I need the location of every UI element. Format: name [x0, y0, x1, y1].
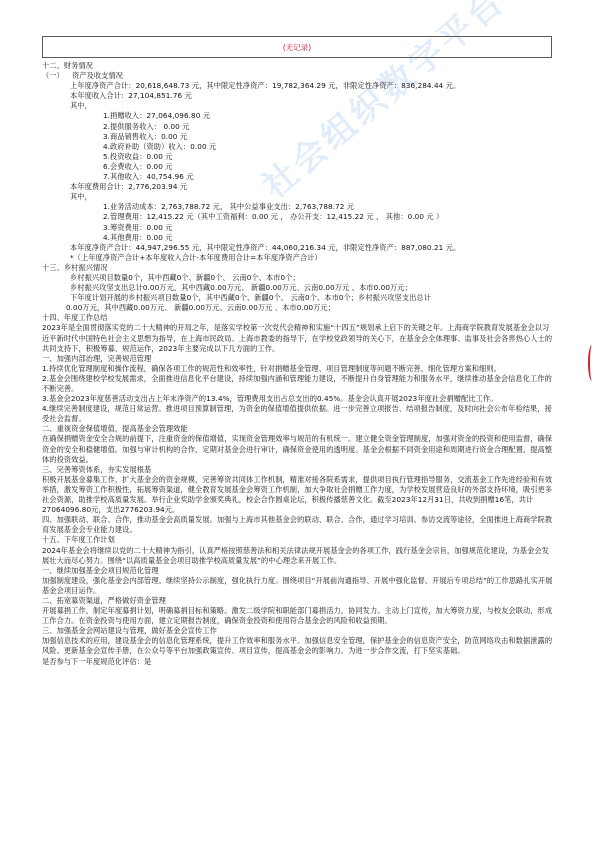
summary-paragraph: 3.基金会2023年度慈善活动支出占上年末净资产的13.4%，管理费用支出占总支…: [42, 394, 554, 404]
red-seal-edge-mark: [588, 345, 595, 381]
section-14-title: 十四、年度工作总结: [42, 313, 554, 323]
formula-note: *（上年度净资产合计+本年度收入合计-本年度费用合计=本年度净资产合计）: [42, 253, 554, 263]
summary-paragraph: 积极开展基金募集工作，扩大基金会的资金规模，完善筹资共同体工作机制，精准对接各院…: [42, 475, 554, 515]
rural-line: 下年度计划开展的乡村振兴项目数量0个，其中西藏0个、新疆0个、 云南0个、本市0…: [42, 293, 554, 303]
income-item: 2.提供服务收入： 0.00 元: [42, 122, 554, 132]
no-record-label: (无记录): [283, 42, 311, 53]
subsection-tag: （一）: [42, 71, 72, 81]
rural-line: 乡村振兴攻坚支出总计0.00万元，其中西藏0.00万元、 新疆0.00万元、云南…: [42, 283, 554, 293]
summary-paragraph: 2.基金会围绕建校学校发展需求，全面推进信息化平台建设，持续加强内涵和管理能力建…: [42, 374, 554, 394]
summary-part-heading: 一、加强内部治理，完善规范管理: [42, 354, 554, 364]
income-item: 5.投资收益：0.00 元: [42, 152, 554, 162]
no-record-box: (无记录): [42, 36, 552, 58]
report-content: 十二、财务情况 （一）资产及收支情况 上年度净资产合计：20,618,648.7…: [42, 61, 554, 667]
summary-intro: 2023年是全面贯彻落实党的二十大精神的开局之年，是落实学校第一次党代会精神和实…: [42, 323, 554, 353]
rural-line: 0.00万元，其中西藏0.00万元、 新疆0.00万元、云南0.00万元 、本市…: [42, 303, 554, 313]
subsection-title: 资产及收支情况: [72, 71, 123, 80]
evaluation-participation: 是否参与下一年度规范化评估：是: [42, 657, 554, 667]
plan-part-heading: 三、加强基金会网站建设与管理，做好基金会宣传工作: [42, 626, 554, 636]
income-item: 6.会费收入：0.00 元: [42, 162, 554, 172]
summary-paragraph: 1.持续优化管理制度和操作流程，确保各项工作的规范性和效率性，针对捐赠基金管理、…: [42, 364, 554, 374]
plan-paragraph: 开展募捐工作，制定年度募捐计划，明确募捐目标和策略。激发二级学院和职能部门募捐活…: [42, 606, 554, 626]
plan-intro: 2024年基金会将继续以党的二十大精神为指引，认真严格按照慈善法和相关法律法规开…: [42, 546, 554, 566]
plan-part-heading: 二、拓宽募资渠道，严格做好资金管理: [42, 596, 554, 606]
expense-item: 4.其他费用：0.00 元: [42, 233, 554, 243]
summary-paragraph: 4.继续完善制度建设，规范日常运营。推进项目预算制管理，为资金的保值增值提供依据…: [42, 404, 554, 424]
summary-part-heading: 三、完善筹资体系，夯实发展根基: [42, 465, 554, 475]
income-item: 1.捐赠收入：27,064,096.80 元: [42, 111, 554, 121]
rural-line: 乡村振兴项目数量0个，其中西藏0个、新疆0个、 云南0个、本市0个；: [42, 273, 554, 283]
summary-part-heading: 二、重视资金保值增值，提高基金会管理效能: [42, 424, 554, 434]
income-item: 4.政府补助（资助）收入：0.00 元: [42, 142, 554, 152]
prev-net-assets: 上年度净资产合计：20,618,648.73 元，其中限定性净资产：19,782…: [42, 81, 554, 91]
income-item: 3.商品销售收入：0.00 元: [42, 132, 554, 142]
subsection-assets-heading: （一）资产及收支情况: [42, 71, 554, 81]
plan-part-heading: 一、继续加强基金会项目规范化管理: [42, 566, 554, 576]
summary-paragraph: 在确保捐赠资金安全合规的前提下，注重资金的保值增值，实现资金管理效率与规范的有机…: [42, 434, 554, 464]
expense-item: 3.筹资费用：0.00 元: [42, 223, 554, 233]
expense-item: 2.管理费用：12,415.22 元（其中工资福利：0.00 元 ， 办公开支：…: [42, 212, 554, 222]
plan-paragraph: 加强信息技术的应用，建设基金会的信息化管理系统，提升工作效率和服务水平。加强信息…: [42, 636, 554, 656]
income-item: 7.其他收入：40,754.96 元: [42, 172, 554, 182]
income-total: 本年度收入合计：27,104,851.76 元: [42, 91, 554, 101]
section-15-title: 十五、下年度工作计划: [42, 535, 554, 545]
section-12-title: 十二、财务情况: [42, 61, 554, 71]
curr-net-assets: 本年度净资产合计：44,947,296.55 元，其中限定性净资产：44,060…: [42, 243, 554, 253]
summary-paragraph: 四、加强联动、联合、合作，推动基金会高质量发展。加强与上海市其他基金会的联动、联…: [42, 515, 554, 535]
income-among-label: 其中，: [42, 101, 554, 111]
document-page: 社会组织数字平台 (无记录) 十二、财务情况 （一）资产及收支情况 上年度净资产…: [0, 0, 595, 842]
expense-total: 本年度费用合计：2,776,203.94 元: [42, 182, 554, 192]
section-13-title: 十三、乡村振兴情况: [42, 263, 554, 273]
expense-item: 1.业务活动成本：2,763,788.72 元， 其中公益事业支出：2,763,…: [42, 202, 554, 212]
plan-paragraph: 加强制度建设，强化基金会内部管理。继续坚持公示制度，强化执行力度。围绕项目“开展…: [42, 576, 554, 596]
expense-among-label: 其中，: [42, 192, 554, 202]
